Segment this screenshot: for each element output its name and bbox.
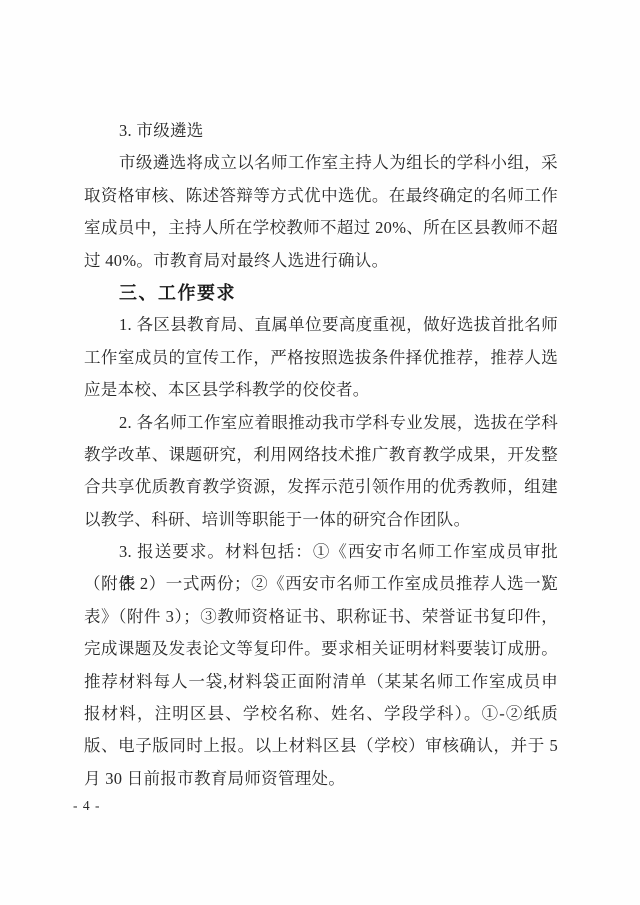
document-page: 3. 市级遴选 市级遴选将成立以名师工作室主持人为组长的学科小组，采 取资格审核… bbox=[0, 0, 640, 905]
text-line: 应是本校、本区县学科教学的佼佼者。 bbox=[84, 374, 558, 406]
text-line: 2. 各名师工作室应着眼推动我市学科专业发展，选拔在学科 bbox=[84, 407, 558, 439]
text-line: 月 30 日前报市教育局师资管理处。 bbox=[84, 763, 558, 795]
text-line: 过 40%。市教育局对最终人选进行确认。 bbox=[84, 245, 558, 277]
text-line: 以教学、科研、培训等职能于一体的研究合作团队。 bbox=[84, 504, 558, 536]
text-line: 合共享优质教育教学资源，发挥示范引领作用的优秀教师，组建 bbox=[84, 471, 558, 503]
text-line: 工作室成员的宣传工作，严格按照选拔条件择优推荐，推荐人选 bbox=[84, 342, 558, 374]
text-line: （附件 2）一式两份；②《西安市名师工作室成员推荐人选一览 bbox=[84, 568, 558, 600]
text-line: 1. 各区县教育局、直属单位要高度重视，做好选拔首批名师 bbox=[84, 309, 558, 341]
text-line: 室成员中，主持人所在学校教师不超过 20%、所在区县教师不超 bbox=[84, 212, 558, 244]
text-line: 报材料，注明区县、学校名称、姓名、学段学科）。①-②纸质 bbox=[84, 698, 558, 730]
text-line: 版、电子版同时上报。以上材料区县（学校）审核确认，并于 5 bbox=[84, 730, 558, 762]
text-line: 市级遴选将成立以名师工作室主持人为组长的学科小组，采 bbox=[84, 147, 558, 179]
text-line: 取资格审核、陈述答辩等方式优中选优。在最终确定的名师工作 bbox=[84, 180, 558, 212]
section-heading-work-requirements: 三、工作要求 bbox=[84, 277, 558, 309]
page-number: - 4 - bbox=[73, 797, 101, 815]
text-line: 教学改革、课题研究，利用网络技术推广教育教学成果，开发整 bbox=[84, 439, 558, 471]
subheading-city-selection: 3. 市级遴选 bbox=[84, 115, 558, 147]
text-line: 表》（附件 3）；③教师资格证书、职称证书、荣誉证书复印件， bbox=[84, 601, 558, 633]
text-line: 推荐材料每人一袋,材料袋正面附清单（某某名师工作室成员申 bbox=[84, 666, 558, 698]
document-body: 3. 市级遴选 市级遴选将成立以名师工作室主持人为组长的学科小组，采 取资格审核… bbox=[84, 115, 558, 795]
text-line: 完成课题及发表论文等复印件。要求相关证明材料要装订成册。 bbox=[84, 633, 558, 665]
text-line: 3. 报送要求。材料包括：①《西安市名师工作室成员审批表》 bbox=[84, 536, 558, 568]
